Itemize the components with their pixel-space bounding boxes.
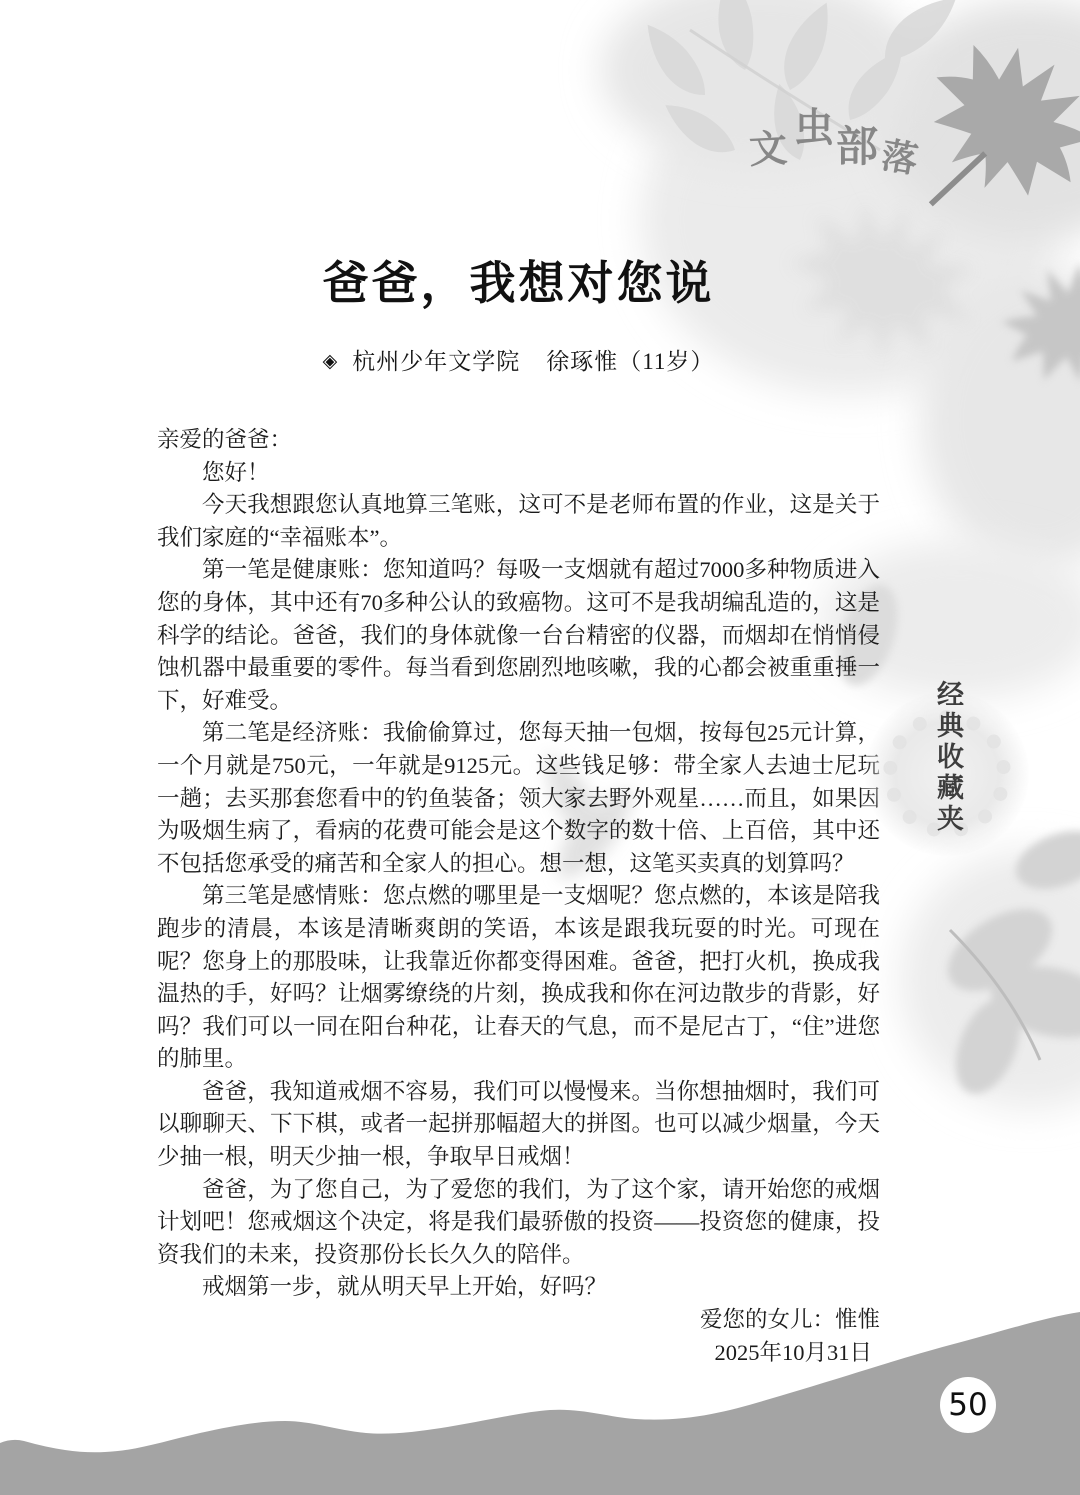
article-title: 爸爸，我想对您说 (157, 247, 880, 313)
letter-salutation: 亲爱的爸爸： (157, 424, 880, 457)
letter-paragraph: 戒烟第一步，就从明天早上开始，好吗？ (157, 1271, 880, 1304)
bottom-wave-graphic (0, 1305, 1080, 1495)
letter-paragraph: 爸爸，为了您自己，为了爱您的我们，为了这个家，请开始您的戒烟计划吧！您戒烟这个决… (157, 1174, 880, 1272)
byline-school: 杭州少年文学院 (352, 349, 520, 374)
masthead-char: 部 (836, 114, 878, 174)
magazine-page: 文 虫 部 落 爸爸，我想对您说 ◈杭州少年文学院徐琢惟（11岁） 亲爱的爸爸：… (0, 0, 1080, 1495)
letter-paragraph: 第一笔是健康账：您知道吗？每吸一支烟就有超过7000多种物质进入您的身体，其中还… (157, 554, 880, 717)
letter-paragraph: 您好！ (157, 457, 880, 490)
letter-paragraph: 第二笔是经济账：我偷偷算过，您每天抽一包烟，按每包25元计算，一个月就是750元… (157, 717, 880, 880)
diamond-bullet-icon: ◈ (323, 351, 339, 372)
letter-paragraph: 第三笔是感情账：您点燃的哪里是一支烟呢？您点燃的，本该是陪我跑步的清晨，本该是清… (157, 880, 880, 1076)
letter-body: 亲爱的爸爸： 您好！ 今天我想跟您认真地算三笔账，这可不是老师布置的作业，这是关… (157, 424, 880, 1369)
sidebar-vertical-label: 经典收藏夹 (928, 680, 967, 835)
page-number-badge: 50 (940, 1377, 996, 1433)
letter-paragraph: 今天我想跟您认真地算三笔账，这可不是老师布置的作业，这是关于我们家庭的“幸福账本… (157, 489, 880, 554)
byline-author: 徐琢惟（11岁） (546, 349, 714, 374)
letter-paragraph: 爸爸，我知道戒烟不容易，我们可以慢慢来。当你想抽烟时，我们可以聊聊天、下下棋，或… (157, 1076, 880, 1174)
masthead-char: 文 (748, 117, 789, 174)
page-number: 50 (948, 1387, 987, 1423)
masthead-char: 虫 (794, 96, 834, 153)
article-byline: ◈杭州少年文学院徐琢惟（11岁） (157, 343, 880, 376)
masthead-char: 落 (878, 127, 922, 183)
